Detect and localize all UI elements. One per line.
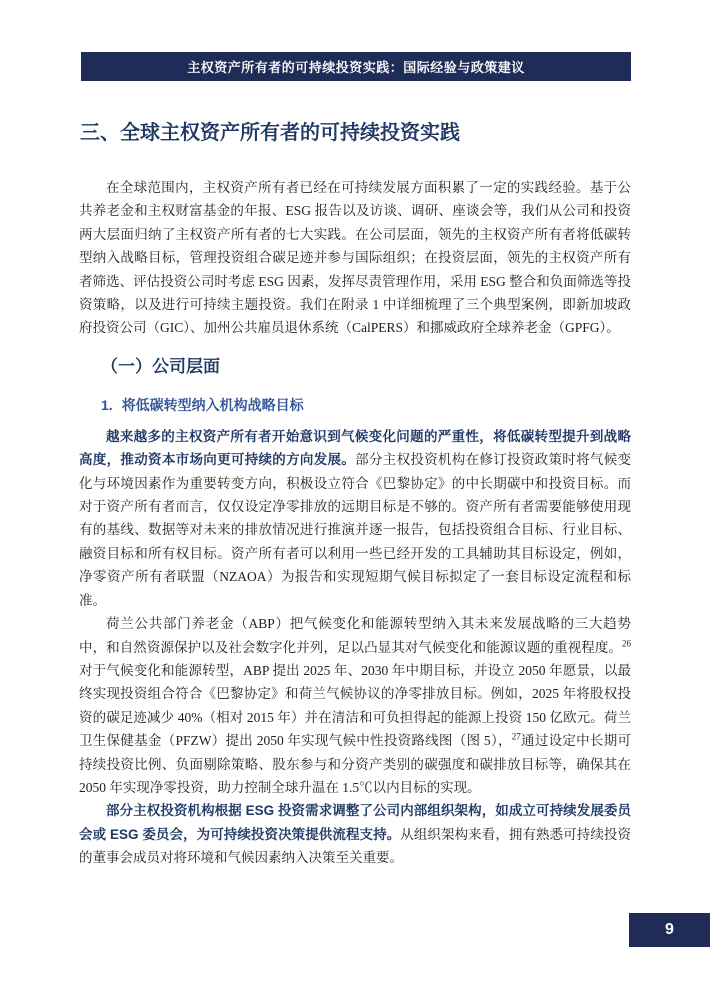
- paragraph-abp-seg1: 荷兰公共部门养老金（ABP）把气候变化和能源转型纳入其未来发展战略的三大趋势中，…: [79, 616, 631, 654]
- header-title: 主权资产所有者的可持续投资实践：国际经验与政策建议: [187, 57, 525, 76]
- section-heading: 三、全球主权资产所有者的可持续投资实践: [80, 120, 631, 146]
- paragraph-intro: 在全球范围内，主权资产所有者已经在可持续发展方面积累了一定的实践经验。基于公共养…: [79, 176, 631, 340]
- heading-title: 将低碳转型纳入机构战略目标: [122, 397, 304, 413]
- paragraph-abp-pfzw: 荷兰公共部门养老金（ABP）把气候变化和能源转型纳入其未来发展战略的三大趋势中，…: [79, 612, 631, 799]
- page-number-badge: 9: [629, 913, 710, 947]
- footnote-ref-27: 27: [512, 732, 521, 742]
- paragraph-governance: 部分主权投资机构根据 ESG 投资需求调整了公司内部组织架构，如成立可持续发展委…: [79, 799, 631, 869]
- numbered-heading: 1.将低碳转型纳入机构战略目标: [101, 395, 631, 415]
- heading-number: 1.: [101, 397, 113, 413]
- paragraph-intro-text: 在全球范围内，主权资产所有者已经在可持续发展方面积累了一定的实践经验。基于公共养…: [79, 180, 631, 335]
- paragraph-strategy-text: 部分主权投资机构在修订投资政策时将气候变化与环境因素作为重要转变方向，积极设立符…: [79, 452, 631, 607]
- page-content: 三、全球主权资产所有者的可持续投资实践 在全球范围内，主权资产所有者已经在可持续…: [79, 120, 631, 870]
- subsection-heading: （一）公司层面: [101, 355, 631, 379]
- footnote-ref-26: 26: [622, 638, 631, 648]
- body-text-block: 在全球范围内，主权资产所有者已经在可持续发展方面积累了一定的实践经验。基于公共养…: [79, 176, 631, 870]
- paragraph-strategy: 越来越多的主权资产所有者开始意识到气候变化问题的严重性，将低碳转型提升到战略高度…: [79, 425, 631, 612]
- document-header-bar: 主权资产所有者的可持续投资实践：国际经验与政策建议: [81, 52, 631, 81]
- page-number: 9: [665, 921, 674, 939]
- document-page: 主权资产所有者的可持续投资实践：国际经验与政策建议 三、全球主权资产所有者的可持…: [0, 0, 710, 1004]
